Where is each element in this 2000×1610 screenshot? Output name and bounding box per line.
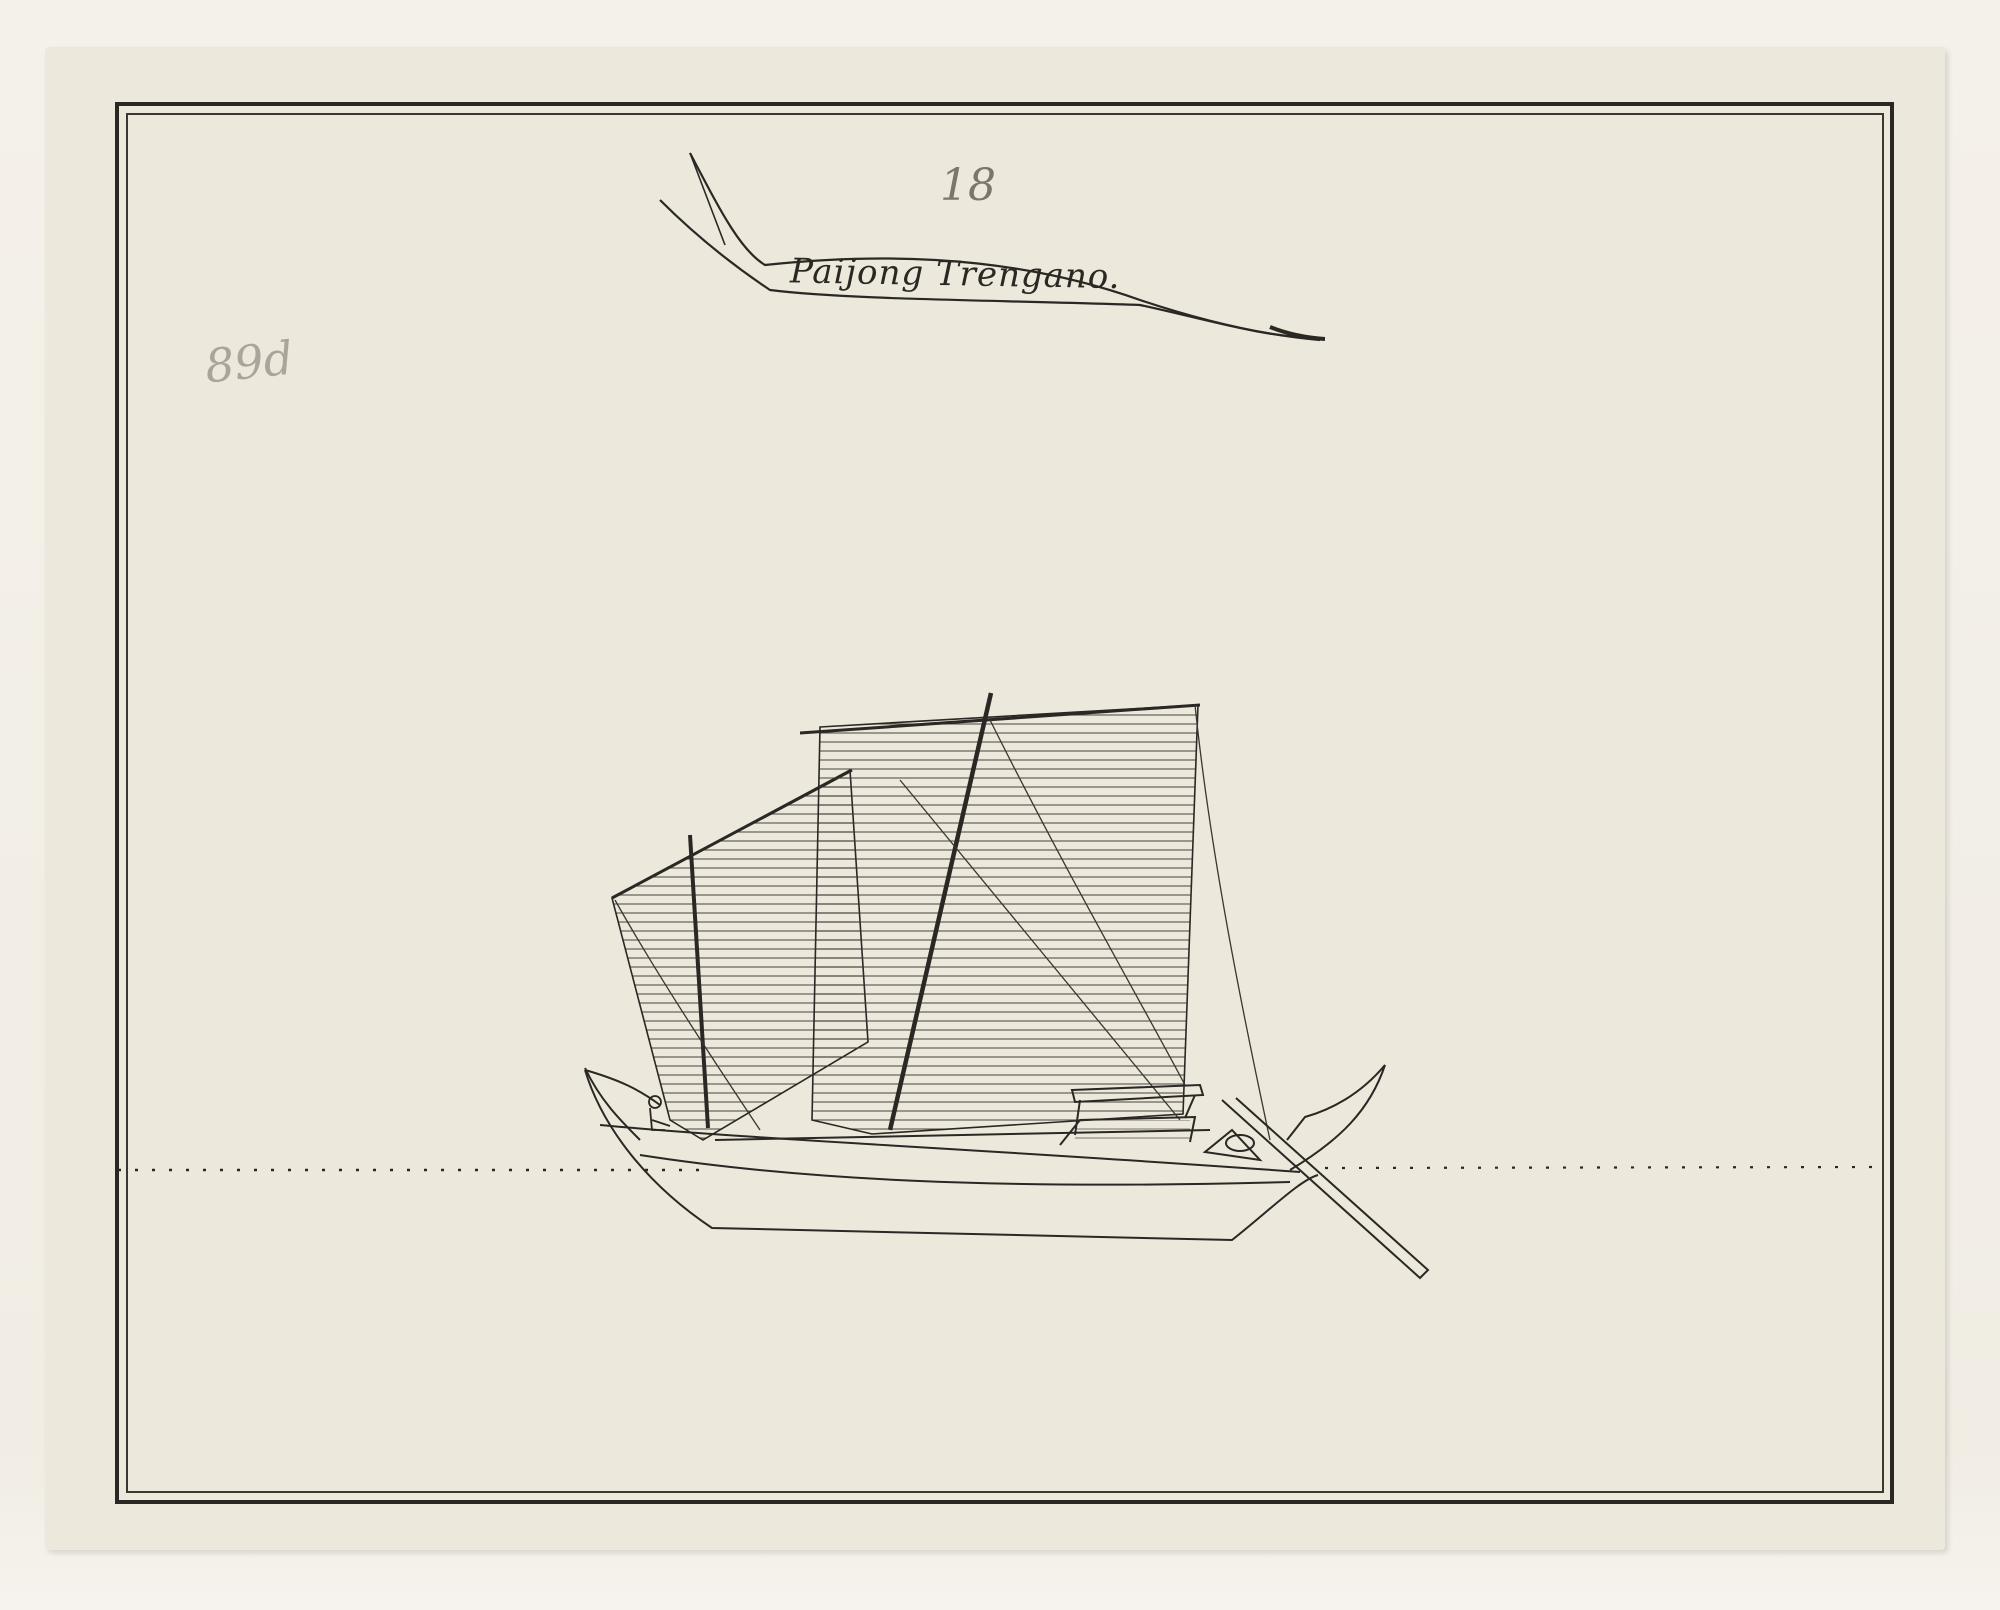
steering-oar (1205, 1098, 1428, 1278)
main-sail (800, 705, 1200, 1134)
pencil-annotation: 89d (202, 331, 295, 394)
boat-drawing (0, 0, 2000, 1610)
plate-number: 18 (940, 160, 996, 211)
title-caption: Paijong Trengano. (790, 251, 1211, 298)
horizon-dotted-line (118, 1167, 1878, 1170)
